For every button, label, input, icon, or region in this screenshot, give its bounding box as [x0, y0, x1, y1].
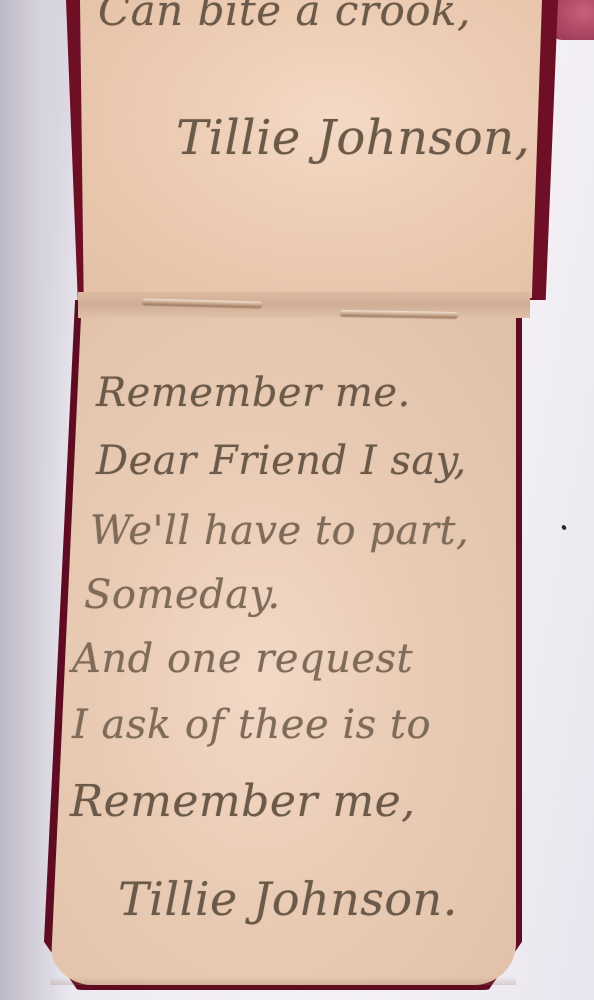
verse-line-5: And one request	[72, 636, 413, 682]
verse-line-2: Dear Friend I say,	[96, 438, 467, 484]
upper-verse-line: Can bite a crook,	[98, 0, 471, 35]
upper-signature: Tillie Johnson,	[176, 110, 530, 166]
verse-line-6: I ask of thee is to	[72, 702, 431, 748]
verse-line-4: Someday.	[84, 572, 281, 618]
photo-scene: Can bite a crook, Tillie Johnson, Rememb…	[0, 0, 594, 1000]
verse-line-7: Remember me,	[70, 776, 416, 827]
dust-speck	[561, 524, 567, 530]
verse-line-1: Remember me.	[96, 370, 411, 416]
lower-signature: Tillie Johnson.	[118, 872, 458, 926]
album-gutter	[78, 292, 530, 318]
verse-line-3: We'll have to part,	[90, 508, 469, 554]
